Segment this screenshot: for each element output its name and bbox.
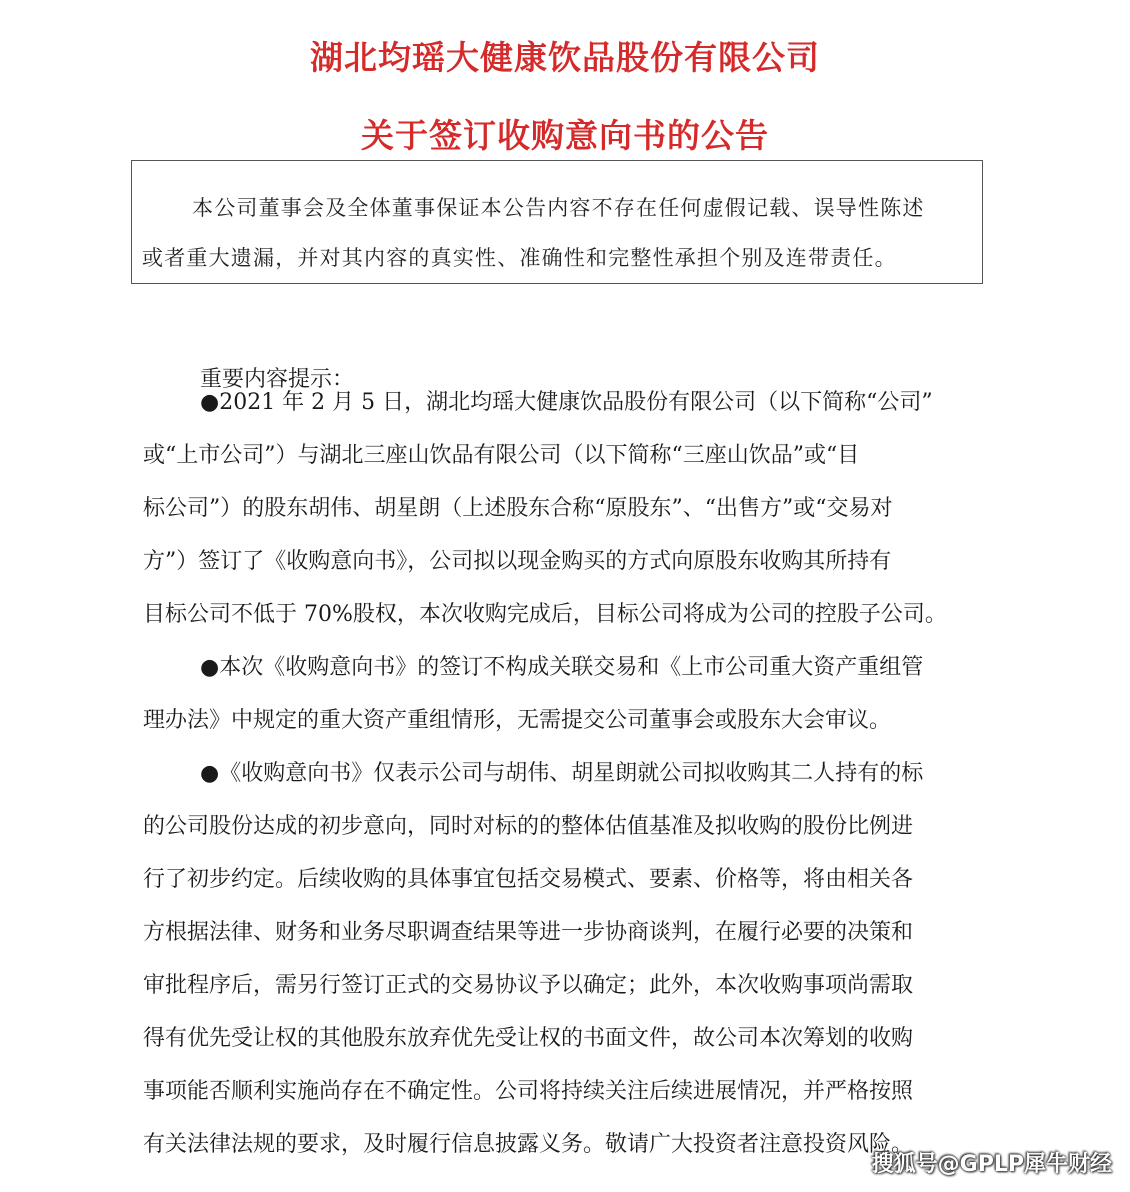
paragraph-line: ●本次《收购意向书》的签订不构成关联交易和《上市公司重大资产重组管 xyxy=(200,650,923,681)
paragraph-line: 理办法》中规定的重大资产重组情形，无需提交公司董事会或股东大会审议。 xyxy=(143,703,891,734)
paragraph-line: 标公司”）的股东胡伟、胡星朗（上述股东合称“原股东”、“出售方”或“交易对 xyxy=(143,491,893,522)
paragraph-line: 得有优先受让权的其他股东放弃优先受让权的书面文件，故公司本次筹划的收购 xyxy=(143,1021,913,1052)
paragraph-line: 方根据法律、财务和业务尽职调查结果等进一步协商谈判，在履行必要的决策和 xyxy=(143,915,913,946)
paragraph-line: 目标公司不低于 70%股权，本次收购完成后，目标公司将成为公司的控股子公司。 xyxy=(143,597,947,628)
watermark: 搜狐号@GPLP犀牛财经 xyxy=(872,1147,1112,1178)
paragraph-line: ●《收购意向书》仅表示公司与胡伟、胡星朗就公司拟收购其二人持有的标 xyxy=(200,756,923,787)
paragraph-line: 方”）签订了《收购意向书》，公司拟以现金购买的方式向原股东收购其所持有 xyxy=(143,544,891,575)
paragraph-line: 有关法律法规的要求，及时履行信息披露义务。敬请广大投资者注意投资风险。 xyxy=(143,1127,913,1158)
paragraph-line: 审批程序后，需另行签订正式的交易协议予以确定；此外，本次收购事项尚需取 xyxy=(143,968,913,999)
disclaimer-box: 本公司董事会及全体董事保证本公告内容不存在任何虚假记载、误导性陈述 或者重大遗漏… xyxy=(131,160,983,284)
paragraph-line: 行了初步约定。后续收购的具体事宜包括交易模式、要素、价格等，将由相关各 xyxy=(143,862,913,893)
company-title: 湖北均瑶大健康饮品股份有限公司 xyxy=(0,32,1130,79)
paragraph-line: 事项能否顺利实施尚存在不确定性。公司将持续关注后续进展情况，并严格按照 xyxy=(143,1074,913,1105)
paragraph-line: 的公司股份达成的初步意向，同时对标的的整体估值基准及拟收购的股份比例进 xyxy=(143,809,913,840)
disclaimer-line: 或者重大遗漏，并对其内容的真实性、准确性和完整性承担个别及连带责任。 xyxy=(142,233,972,283)
disclaimer-line: 本公司董事会及全体董事保证本公告内容不存在任何虚假记载、误导性陈述 xyxy=(142,183,972,233)
paragraph-line: ●2021 年 2 月 5 日，湖北均瑶大健康饮品股份有限公司（以下简称“公司” xyxy=(200,385,933,416)
paragraph-line: 或“上市公司”）与湖北三座山饮品有限公司（以下简称“三座山饮品”或“目 xyxy=(143,438,859,469)
announcement-title: 关于签订收购意向书的公告 xyxy=(0,110,1130,157)
